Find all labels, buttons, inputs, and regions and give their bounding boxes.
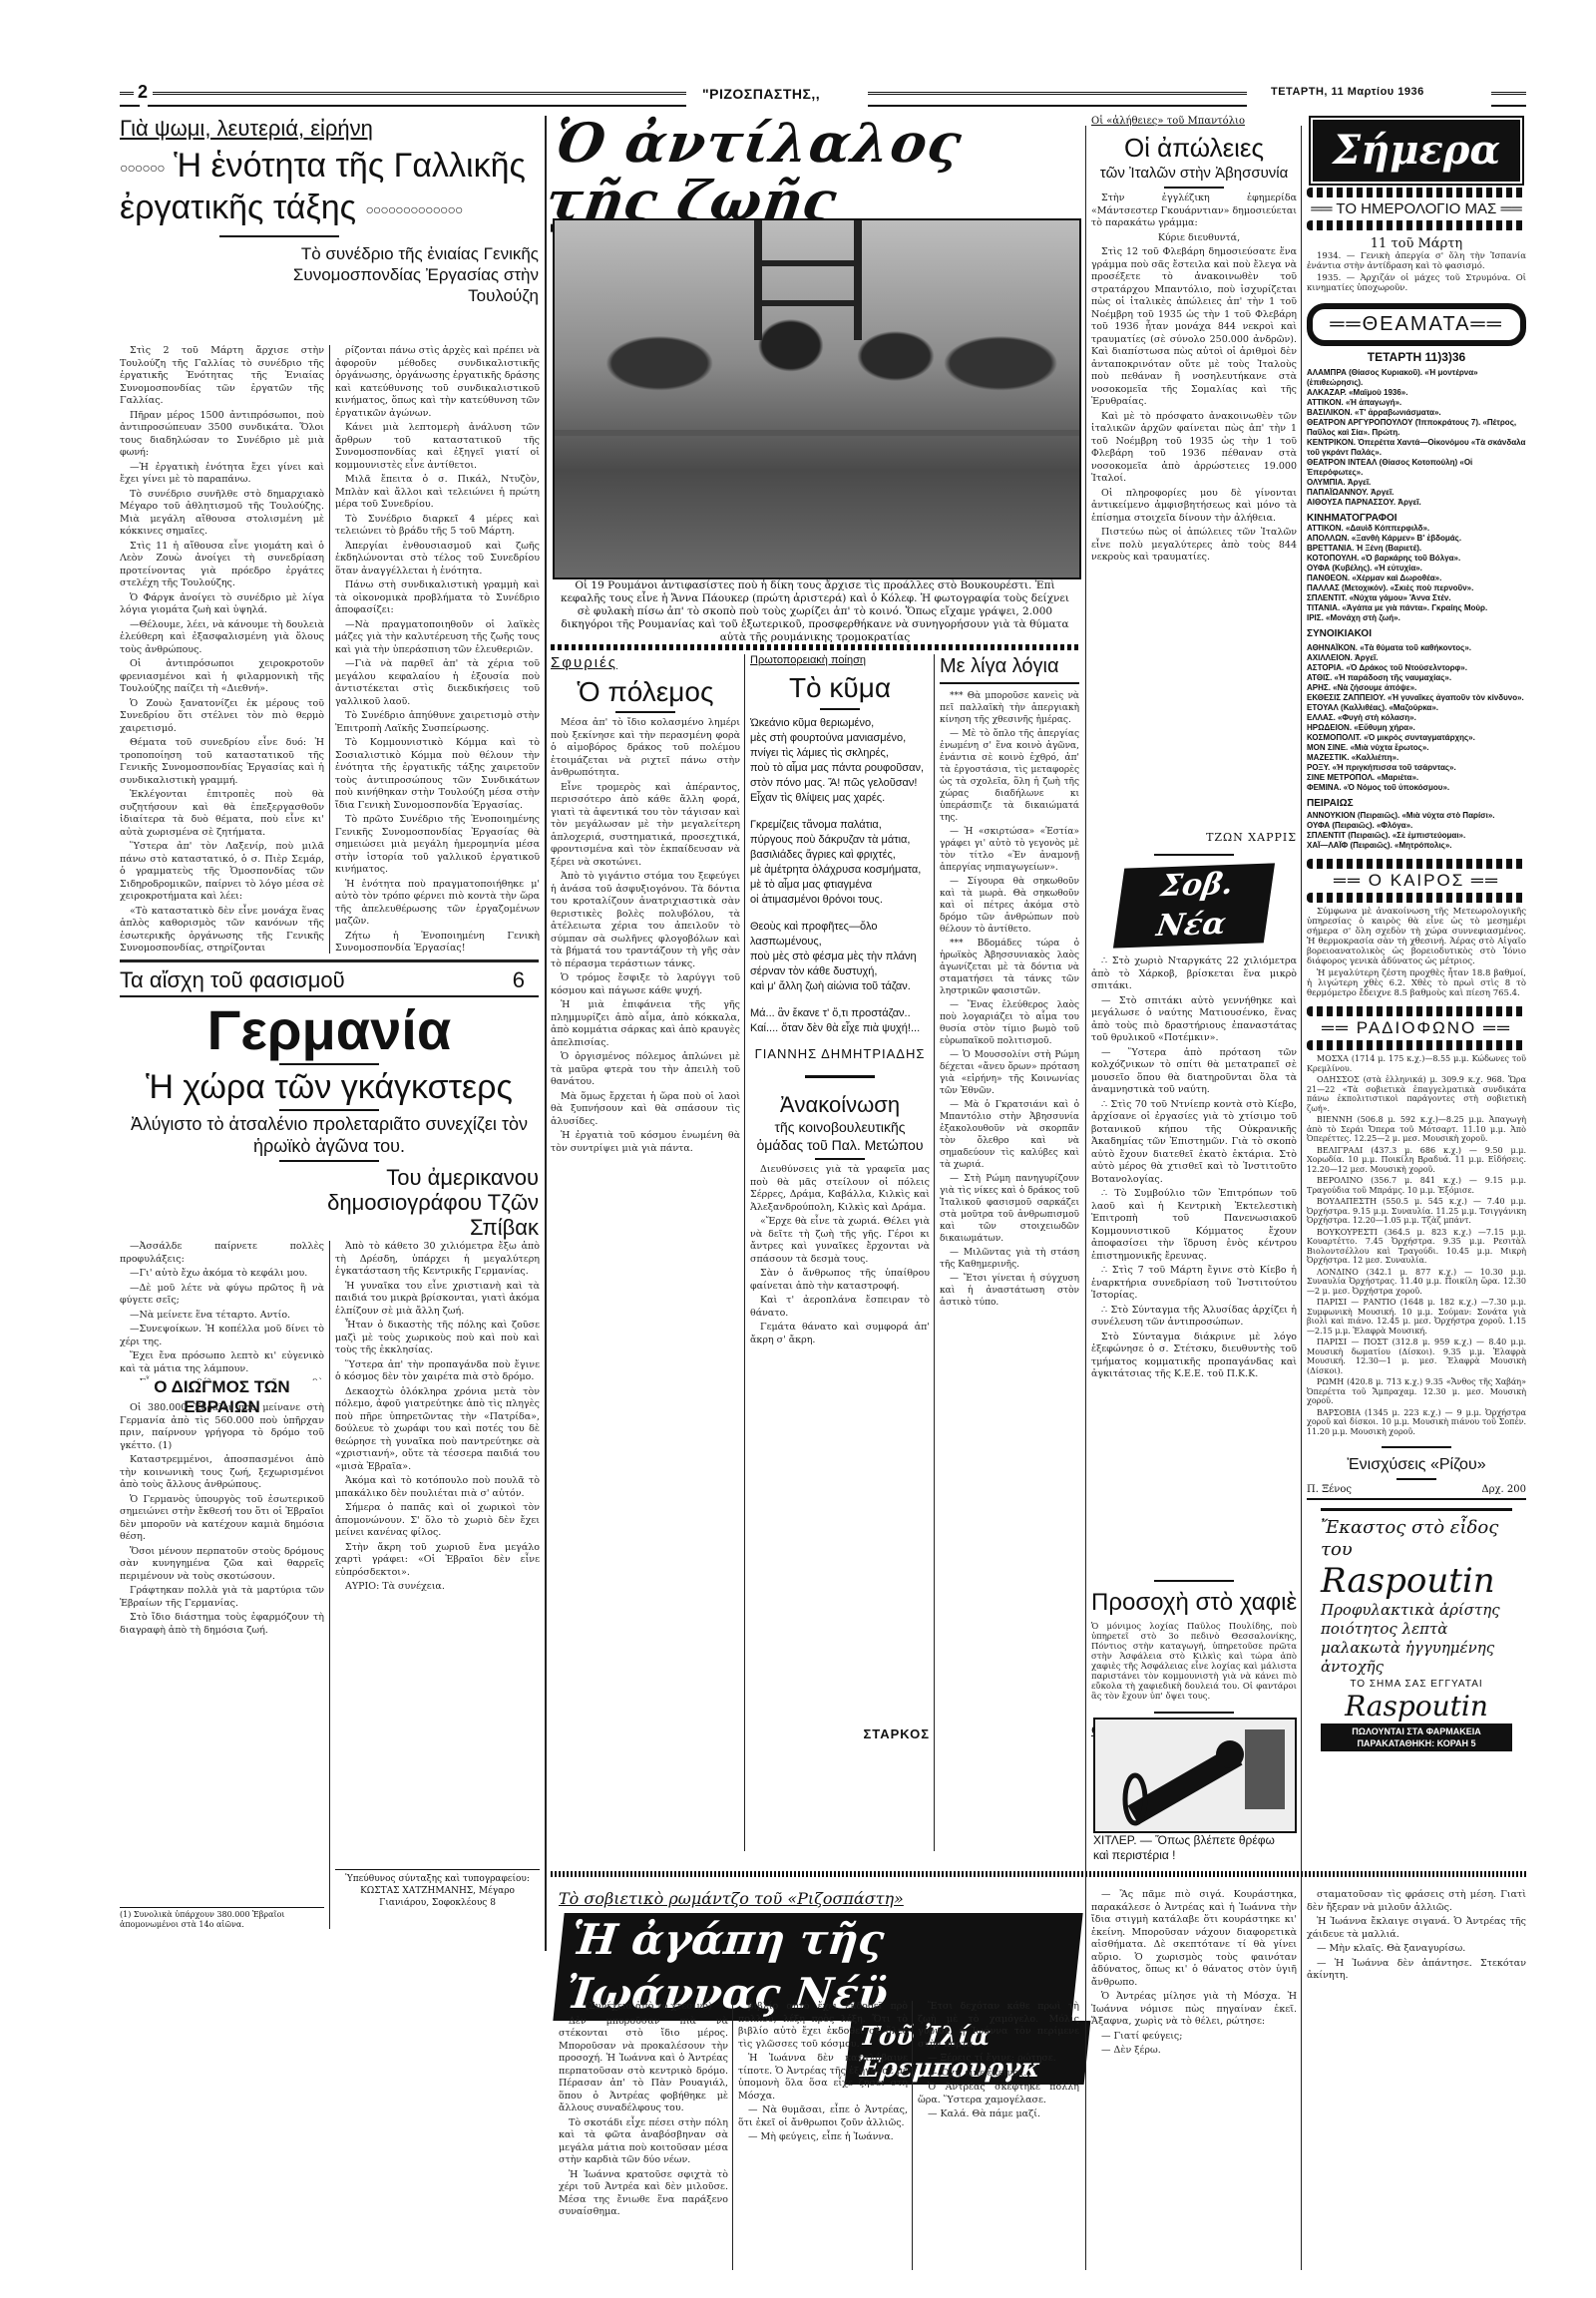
- ornament-chain-icon: [1307, 859, 1526, 869]
- cannon-icon: [1095, 1720, 1295, 1831]
- subhead: Τὸ συνέδριο τῆς ἐνιαίας Γενικῆς Συνομοσπ…: [219, 243, 539, 306]
- headline-line2: ἐργατικῆς τάξης: [120, 189, 356, 226]
- cinemas-title: ΚΙΝΗΜΑΤΟΓΡΑΦΟΙ: [1307, 514, 1526, 524]
- serial-col1: (Συνέχεια ἀπὸ τὸ χτεσινό)Δὲν μποροῦσαν π…: [559, 2001, 728, 2270]
- war-signature: ΣΤΑΡΚΟΣ: [750, 1726, 930, 1741]
- article-war: Σφυριές Ὁ πόλεμος Μέσα ἀπ' τὸ ἴδιο κολασ…: [551, 654, 740, 1844]
- theatres-list: ΑΛΑΜΠΡΑ (Θίασος Κυριακοῦ). «Ἡ μοντέρνα» …: [1307, 368, 1526, 851]
- serial-kicker: Τὸ σοβιετικὸ ρωμάντζο τοῦ «Ριζοσπάστη»: [559, 1889, 1077, 1909]
- headline: Τὸ κῦμα: [750, 670, 930, 706]
- ad-brand2: Raspoutin: [1321, 1690, 1512, 1723]
- divider: [219, 235, 339, 237]
- newspaper-page: 2 "ΡΙΖΟΣΠΑΣΤΗΣ,, ΤΕΤΑΡΤΗ, 11 Μαρτίου 193…: [120, 86, 1526, 2270]
- paper-name: "ΡΙΖΟΣΠΑΣΤΗΣ,,: [698, 86, 824, 102]
- germany-body-col1: —Ἀσσάλδε παίρνετε πολλὲς προφυλάξεις:—Γι…: [120, 1241, 324, 1380]
- kicker: Σφυριές: [551, 654, 740, 671]
- article-wave-poem: Πρωτοπορειακὴ ποίηση Τὸ κῦμα Ὠκεάνιο κῦμ…: [750, 654, 930, 1741]
- headline: Ὁ πόλεμος: [551, 675, 740, 709]
- ad-line1: Ἔκαστος στὸ εἶδος του: [1321, 1517, 1512, 1561]
- headline: Με λίγα λόγια: [940, 654, 1079, 678]
- radio-listings: ΜΟΣΧΑ (1714 μ. 175 κ.χ.)—8.55 μ.μ. Κώδων…: [1307, 1054, 1526, 1438]
- ornament-chain-icon: [1307, 1006, 1526, 1016]
- photo-caption: Οἱ 19 Ρουμάνοι ἀντιφασίστες ποὺ ἡ δίκη τ…: [553, 579, 1077, 644]
- cartoon-caption: ΧΙΤΛΕΡ. — Ὅπως βλέπετε θρέφω καὶ περιστέ…: [1093, 1833, 1293, 1863]
- ad-brand: Raspoutin: [1321, 1561, 1512, 1601]
- announcement-subhead: τῆς κοινοβουλευτικῆς ὁμάδας τοῦ Παλ. Μετ…: [750, 1118, 930, 1154]
- announcement-headline: Ἀνακοίνωση: [750, 1092, 930, 1118]
- radio-title: ΡΑΔΙΟΦΩΝΟ: [1357, 1018, 1477, 1037]
- few-words-body: *** Θὰ μποροῦσε κανεὶς νὰ πεῖ παλλαϊκὴ τ…: [940, 690, 1079, 1847]
- calendar-entries: 1934. — Γενικὴ ἀπεργία σ' ὅλη τὴν Ἱσπανί…: [1307, 251, 1526, 295]
- donation-row: Π. ΞένοςΔρχ. 200: [1307, 1484, 1526, 1500]
- poem-verses: Ὠκεάνιο κῦμα θεριωμένο,μὲς στὴ φουρτούνα…: [750, 716, 930, 1036]
- informer-body: Ὁ μόνιμος λοχίας Παῦλος Πουλίδης, ποὺ ὑπ…: [1091, 1622, 1297, 1702]
- kicker: Τα αἴσχη τοῦ φασισμοῦ: [120, 967, 345, 993]
- serial-col3: Ἔτσι δεχόταν κάθε πρωὶ τὴ ζωὴ μὲ τὸ χαμό…: [918, 2001, 1079, 2270]
- today-logo: Σήμερα: [1313, 120, 1520, 182]
- hitler-cannon-cartoon: [1093, 1718, 1297, 1833]
- article-body-col2: ρίζονται πάνω στὶς ἀρχὲς καὶ πρέπει νὰ ἀ…: [335, 345, 540, 954]
- masthead: 2 "ΡΙΖΟΣΠΑΣΤΗΣ,, ΤΕΤΑΡΤΗ, 11 Μαρτίου 193…: [120, 86, 1526, 110]
- theatres-banner: ══ΘΕΑΜΑΤΑ══: [1307, 303, 1526, 346]
- weather-body: Σύμφωνα μὲ ἀνακοίνωση τῆς Μετεωρολογικῆς…: [1307, 907, 1526, 1000]
- soviet-news-logo: Σοβ. Νέα: [1113, 863, 1275, 948]
- article-body-col1: Στὶς 2 τοῦ Μάρτη ἄρχισε στὴν Τουλούζη τῆ…: [120, 345, 324, 954]
- kicker: Γιὰ ψωμι, λευτεριά, εἰρήνη: [120, 116, 539, 142]
- germany-body-col2: Ἀπὸ τὸ κάθετο 30 χιλιόμετρα ἔξω ἀπὸ τὴ Δ…: [335, 1241, 540, 1859]
- ornament-chain-icon: [1307, 1040, 1526, 1050]
- footnote: (1) Συνολικὰ ὑπάρχουν 380.000 Ἑβραῖοι ἀπ…: [120, 1907, 324, 1930]
- piraeus-title: ΠΕΙΡΑΙΩΣ: [1307, 799, 1526, 809]
- ornament-circles-icon: ○○○○○○○○○○○○○: [365, 201, 462, 217]
- divider-dotted: [551, 1871, 1528, 1877]
- soviet-news-body: ∴ Στὸ χωριὸ Νταργκάτς 22 χιλιόμετρα ἀπὸ …: [1091, 956, 1297, 1574]
- sidebar: Σήμερα ══ ΤΟ ΗΜΕΡΟΛΟΓΙΟ ΜΑΣ ══ 11 τοῦ Μά…: [1307, 116, 1526, 1751]
- neighborhood-title: ΣΥΝΟΙΚΙΑΚΟΙ: [1307, 629, 1526, 639]
- series-number: 6: [513, 967, 525, 993]
- subhead: τῶν Ἰταλῶν στὴν Ἀβησσυνία: [1091, 164, 1297, 184]
- serial-col2: βιβλίο αὐτὸ ἔχει ἐκδοθεῖ πρὸ πολλοῦ, λέξ…: [738, 2001, 908, 2270]
- informer-headline: Προσοχὴ στὸ χαφιὲ: [1091, 1588, 1297, 1618]
- badoglio-body: Στὴν ἐγγλέζικη ἐφημερίδα «Μάντσεστερ Γκο…: [1091, 192, 1297, 831]
- trial-photo: [553, 218, 1081, 579]
- calendar-date: 11 τοῦ Μάρτη: [1307, 236, 1526, 251]
- ornament-chain-icon: [1307, 893, 1526, 903]
- ornament-circles-icon: ○○○○○○: [120, 160, 165, 176]
- donations-title: Ἐνισχύσεις «Ρίζου»: [1307, 1456, 1526, 1474]
- poem-author: ΓΙΑΝΝΗΣ ΔΗΜΗΤΡΙΑΔΗΣ: [750, 1046, 930, 1061]
- war-body: Μέσα ἀπ' τὸ ἴδιο κολασμένο λημέρι ποὺ ξε…: [551, 717, 740, 1844]
- headline: ○○○○○○ Ἡ ἑνότητα τῆς Γαλλικῆς: [120, 146, 539, 188]
- theatres-date: ΤΕΤΑΡΤΗ 11)3)36: [1307, 350, 1526, 364]
- headline: Ὁ ἀντίλαλος τῆς ζωῆς: [543, 114, 1087, 229]
- ad-line3: ΤΟ ΣΗΜΑ ΣΑΣ ΕΓΓΥΑΤΑΙ: [1321, 1679, 1512, 1690]
- issue-date: ΤΕΤΑΡΤΗ, 11 Μαρτίου 1936: [1267, 86, 1428, 98]
- signature: ΤΖΩΝ ΧΑΡΡΙΣ: [1091, 831, 1297, 844]
- kicker: Πρωτοπορειακὴ ποίηση: [750, 654, 930, 666]
- headline: Οἱ ἀπώλειες: [1091, 132, 1297, 164]
- article-french-unity: Γιὰ ψωμι, λευτεριά, εἰρήνη ○○○○○○ Ἡ ἑνότ…: [120, 116, 539, 306]
- byline: Του ἀμερικανου δημοσιογράφου Τζῶν Σπίβακ: [289, 1165, 539, 1240]
- ad-footer: ΠΩΛΟΥΝΤΑΙ ΣΤΑ ΦΑΡΜΑΚΕΙΑ ΠΑΡΑΚΑΤΑΘΗΚΗ: ΚΟ…: [1321, 1723, 1512, 1751]
- article-badoglio: Οἱ «ἀλήθειες» τοῦ Μπαντόλιο Οἱ ἀπώλειες …: [1091, 116, 1297, 1737]
- contributors: Ὑπεύθυνος σύνταξης καὶ τυπογραφείου: ΚΩΣ…: [335, 1869, 540, 1909]
- article-germany: Τα αἴσχη τοῦ φασισμοῦ 6 Γερμανία Ἡ χώρα …: [120, 967, 539, 1240]
- germany-body-col1b: Οἱ 380.000 Ἑβραῖοι ποὺ μείνανε στὴ Γερμα…: [120, 1402, 324, 1901]
- page-number: 2: [134, 82, 153, 103]
- article-few-words: Με λίγα λόγια *** Θὰ μποροῦσε κανεὶς νὰ …: [940, 654, 1079, 1847]
- raspoutin-ad: Ἔκαστος στὸ εἶδος του Raspoutin Προφυλακ…: [1321, 1508, 1512, 1751]
- serial-col4: — Ἂς πᾶμε πιὸ σιγά. Κουράστηκα, παρακάλε…: [1091, 1889, 1297, 2270]
- headline: Γερμανία: [120, 999, 539, 1061]
- deck: Ἀλύγιστο τὸ ἀτσαλένιο προλεταριᾶτο συνεχ…: [120, 1113, 539, 1157]
- announcement-body: Διευθύνσεις γιὰ τὰ γραφεῖα μας ποὺ θὰ μᾶ…: [750, 1164, 930, 1723]
- ornament-chain-icon: [1307, 220, 1526, 230]
- weather-title: Ο ΚΑΙΡΟΣ: [1369, 871, 1464, 890]
- kicker: Οἱ «ἀλήθειες» τοῦ Μπαντόλιο: [1091, 116, 1297, 128]
- calendar-title: ══ ΤΟ ΗΜΕΡΟΛΟΓΙΟ ΜΑΣ ══: [1307, 197, 1526, 220]
- serial-col5: σταματοῦσαν τὶς φράσεις στὴ μέση. Γιατὶ …: [1307, 1889, 1526, 2270]
- ornament-chain-icon: [1307, 188, 1526, 197]
- ad-line2: Προφυλακτικὰ ἀρίστης ποιότητος λεπτὰ μαλ…: [1321, 1601, 1512, 1677]
- subhead: Ἡ χώρα τῶν γκάγκστερς: [120, 1067, 539, 1107]
- theatres-title: ΘΕΑΜΑΤΑ: [1363, 313, 1471, 335]
